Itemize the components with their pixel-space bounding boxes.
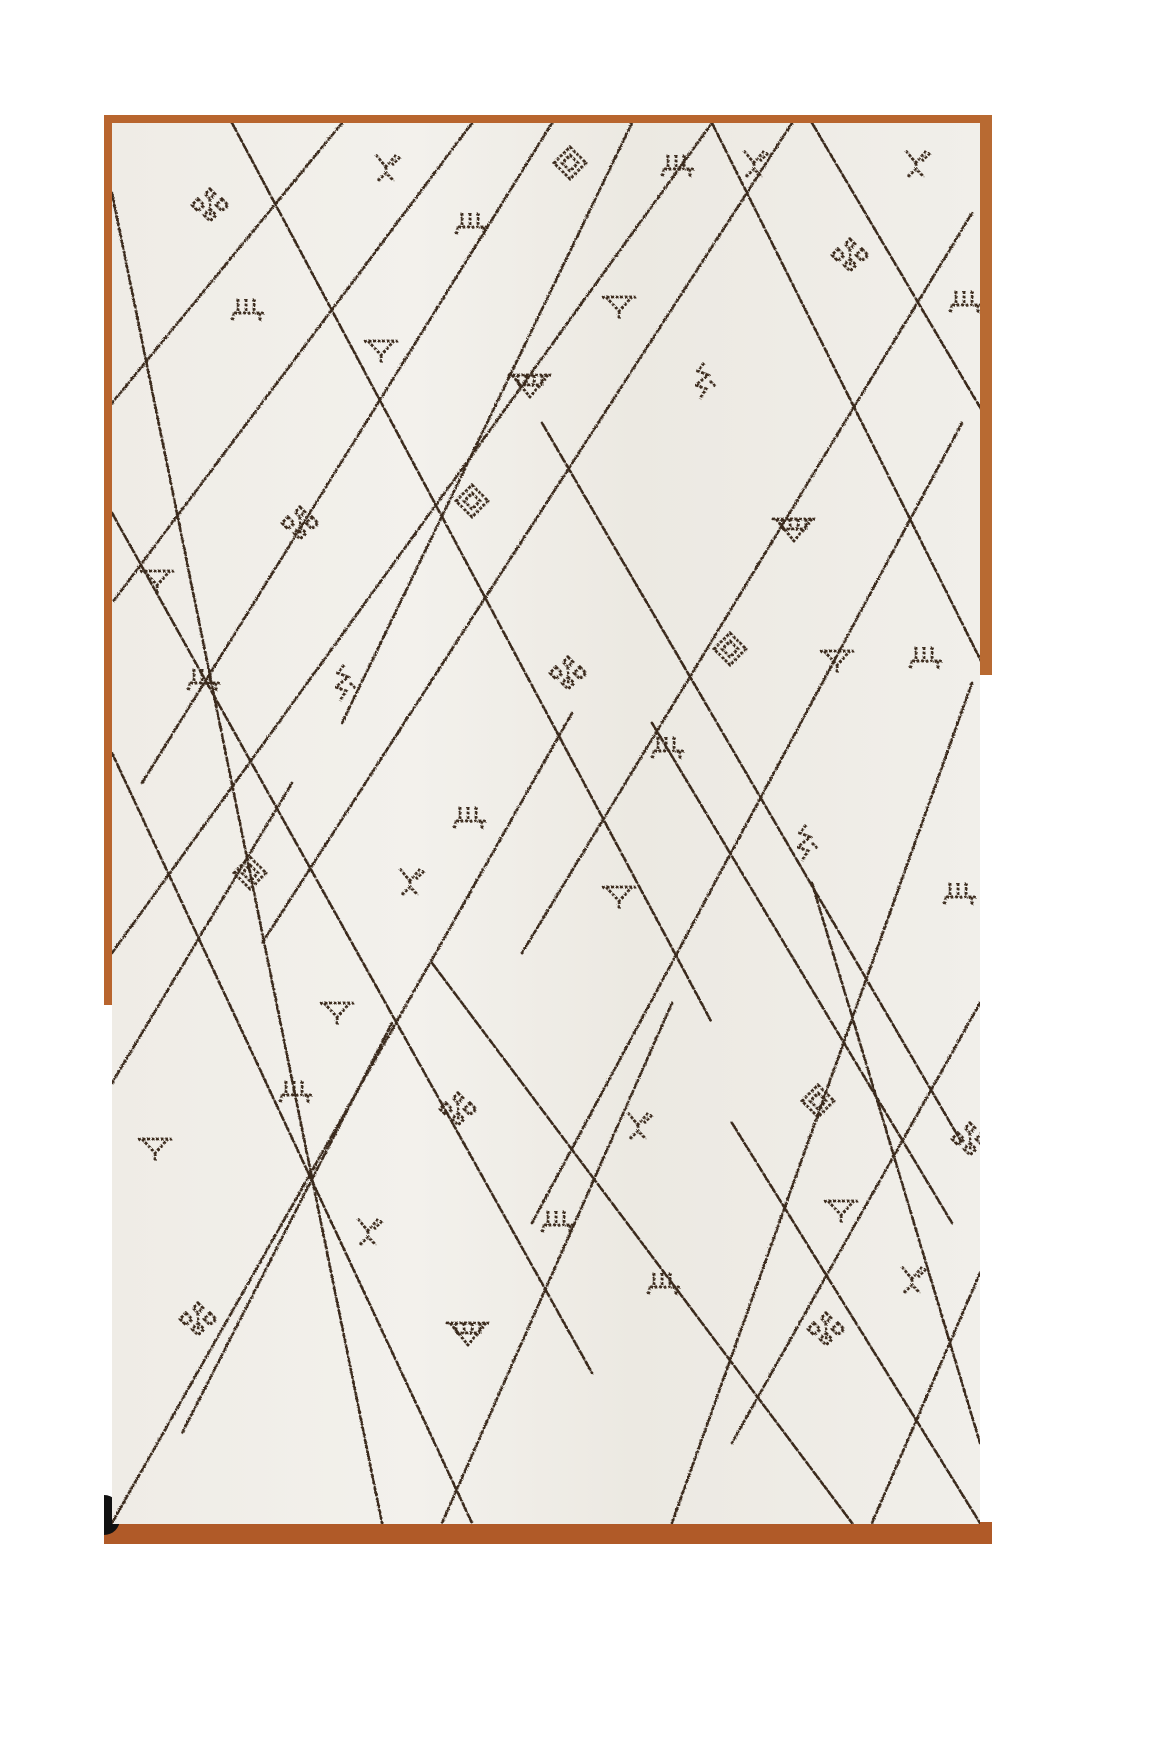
lattice-line: [442, 1003, 672, 1523]
quatrefoil-motif-icon: [550, 657, 586, 689]
lattice-line: [112, 713, 572, 1523]
triangle-motif-icon: [602, 297, 636, 319]
lattice-line: [532, 423, 962, 1223]
diamond-motif-icon: [714, 633, 746, 665]
comb-motif-icon: [456, 213, 488, 235]
crossed-y-motif-icon: [906, 151, 930, 177]
lattice-line: [262, 123, 792, 943]
comb-motif-icon: [662, 155, 694, 177]
crossed-y-motif-icon: [358, 1219, 382, 1245]
crossed-y-motif-icon: [628, 1113, 652, 1139]
lattice-line: [542, 423, 962, 1143]
comb-motif-icon: [454, 807, 486, 829]
floor-edge-bottom: [104, 1522, 992, 1544]
comb-motif-icon: [188, 669, 220, 691]
triangle-comb-motif-icon: [446, 1323, 490, 1345]
rug-pattern: [112, 123, 980, 1524]
triangle-motif-icon: [320, 1003, 354, 1025]
diamond-lattice: [112, 123, 980, 1523]
quatrefoil-motif-icon: [180, 1303, 216, 1335]
comb-motif-icon: [232, 299, 264, 321]
lattice-line: [522, 213, 972, 953]
lattice-line: [112, 513, 592, 1373]
quatrefoil-motif-icon: [808, 1313, 844, 1345]
zigzag-motif-icon: [798, 825, 818, 861]
lattice-line: [812, 123, 980, 563]
comb-motif-icon: [910, 647, 942, 669]
diamond-motif-icon: [554, 147, 586, 179]
lattice-line: [872, 1273, 980, 1523]
triangle-motif-icon: [138, 1139, 172, 1161]
lattice-line: [652, 723, 952, 1223]
triangle-motif-icon: [824, 1201, 858, 1223]
lattice-line: [712, 123, 980, 683]
comb-motif-icon: [542, 1211, 574, 1233]
diamond-motif-icon: [456, 485, 488, 517]
comb-motif-icon: [950, 291, 980, 313]
floor-edge-right: [980, 115, 992, 675]
crossed-y-motif-icon: [902, 1267, 926, 1293]
triangle-motif-icon: [364, 341, 398, 363]
zigzag-motif-icon: [336, 665, 356, 701]
rug-photo: [0, 0, 1173, 1760]
triangle-motif-icon: [602, 887, 636, 909]
lattice-line: [432, 963, 852, 1523]
lattice-line: [112, 123, 712, 953]
lattice-line: [112, 123, 472, 603]
triangle-comb-motif-icon: [508, 375, 552, 397]
comb-motif-icon: [944, 883, 976, 905]
lattice-line: [182, 1023, 392, 1433]
zigzag-motif-icon: [696, 363, 716, 399]
quatrefoil-motif-icon: [832, 239, 868, 271]
crossed-y-motif-icon: [376, 155, 400, 181]
quatrefoil-motif-icon: [192, 189, 228, 221]
comb-motif-icon: [648, 1273, 680, 1295]
lattice-line: [342, 123, 632, 723]
floor-edge-left: [104, 115, 112, 1005]
berber-motifs: [138, 147, 980, 1345]
quatrefoil-motif-icon: [952, 1123, 980, 1155]
quatrefoil-motif-icon: [282, 507, 318, 539]
lattice-line: [812, 883, 980, 1443]
lattice-line: [732, 1003, 980, 1443]
crossed-y-motif-icon: [400, 869, 424, 895]
